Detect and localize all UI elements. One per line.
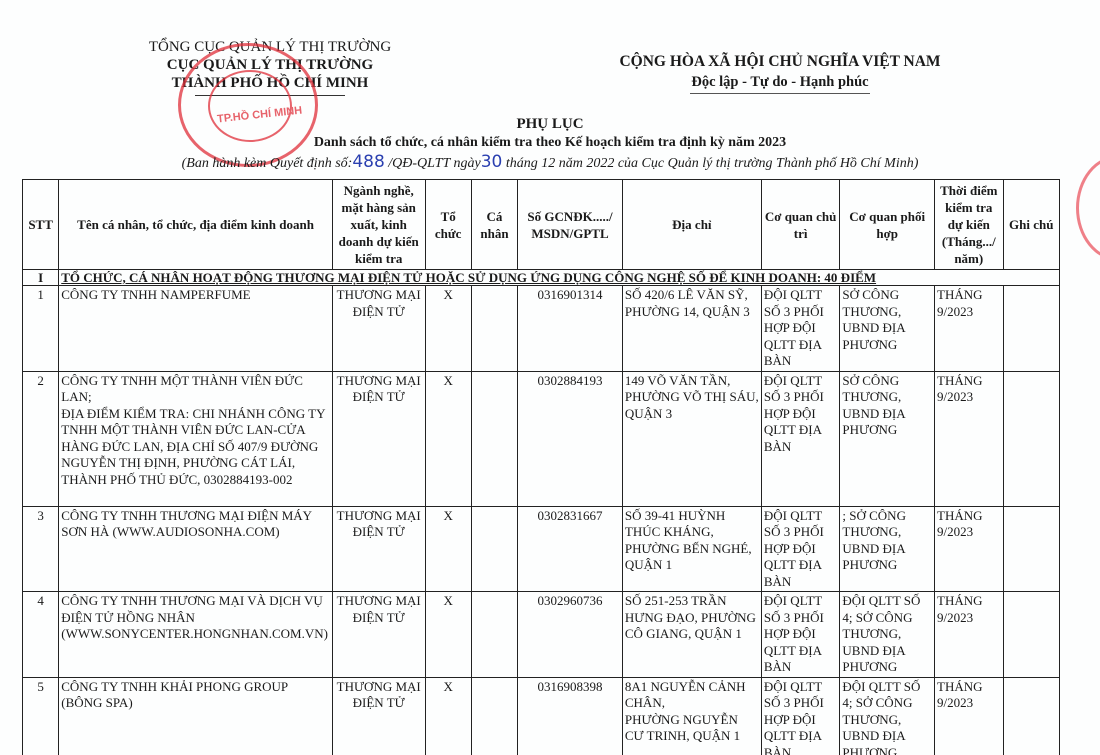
row-time: THÁNG 9/2023 [935, 286, 1003, 372]
row-address: 149 VÕ VĂN TẦN, PHƯỜNG VÕ THỊ SÁU, QUẬN … [622, 371, 761, 506]
section-title: TỔ CHỨC, CÁ NHÂN HOẠT ĐỘNG THƯƠNG MẠI ĐI… [59, 270, 1060, 286]
col-time: Thời điểm kiểm tra dự kiến (Tháng.../ nă… [935, 180, 1003, 270]
row-name: CÔNG TY TNHH THƯƠNG MẠI VÀ DỊCH VỤ ĐIỆN … [59, 592, 333, 678]
row-sector: THƯƠNG MẠI ĐIỆN TỬ [332, 592, 425, 678]
table-row: 3 CÔNG TY TNHH THƯƠNG MẠI ĐIỆN MÁY SƠN H… [23, 506, 1060, 592]
row-lead: ĐỘI QLTT SỐ 3 PHỐI HỢP ĐỘI QLTT ĐỊA BÀN [761, 506, 840, 592]
row-name: CÔNG TY TNHH NAMPERFUME [59, 286, 333, 372]
agency-underline [195, 95, 345, 96]
row-individual [471, 592, 517, 678]
row-stt: 2 [23, 371, 59, 506]
row-org: X [425, 286, 471, 372]
row-coop: ĐỘI QLTT SỐ 4; SỞ CÔNG THƯƠNG, UBND ĐỊA … [840, 677, 935, 755]
issuing-agency: TỔNG CỤC QUẢN LÝ THỊ TRƯỜNG CỤC QUẢN LÝ … [120, 38, 420, 96]
col-name: Tên cá nhân, tổ chức, địa điểm kinh doan… [59, 180, 333, 270]
row-sector: THƯƠNG MẠI ĐIỆN TỬ [332, 286, 425, 372]
decree-number: 488 [352, 152, 384, 172]
row-note [1003, 677, 1059, 755]
country-name: CỘNG HÒA XÃ HỘI CHỦ NGHĨA VIỆT NAM [600, 52, 960, 72]
row-note [1003, 592, 1059, 678]
section-number: I [23, 270, 59, 286]
row-stt: 5 [23, 677, 59, 755]
row-coop: ĐỘI QLTT SỐ 4; SỞ CÔNG THƯƠNG, UBND ĐỊA … [840, 592, 935, 678]
col-individual: Cá nhân [471, 180, 517, 270]
row-reg-no: 0316901314 [518, 286, 623, 372]
col-reg-no: Số GCNĐK...../ MSDN/GPTL [518, 180, 623, 270]
row-individual [471, 286, 517, 372]
row-individual [471, 506, 517, 592]
table-header-row: STT Tên cá nhân, tổ chức, địa điểm kinh … [23, 180, 1060, 270]
col-lead: Cơ quan chủ trì [761, 180, 840, 270]
row-coop: SỞ CÔNG THƯƠNG, UBND ĐỊA PHƯƠNG [840, 371, 935, 506]
decree-suffix: tháng 12 năm 2022 của Cục Quản lý thị tr… [502, 156, 918, 171]
appendix-heading: PHỤ LỤC [0, 116, 1100, 133]
row-name: CÔNG TY TNHH THƯƠNG MẠI ĐIỆN MÁY SƠN HÀ … [59, 506, 333, 592]
inspection-table: STT Tên cá nhân, tổ chức, địa điểm kinh … [22, 179, 1060, 755]
row-time: THÁNG 9/2023 [935, 677, 1003, 755]
row-sector: THƯƠNG MẠI ĐIỆN TỬ [332, 371, 425, 506]
row-lead: ĐỘI QLTT SỐ 3 PHỐI HỢP ĐỘI QLTT ĐỊA BÀN [761, 371, 840, 506]
row-stt: 3 [23, 506, 59, 592]
row-org: X [425, 677, 471, 755]
row-reg-no: 0302831667 [518, 506, 623, 592]
row-time: THÁNG 9/2023 [935, 371, 1003, 506]
row-org: X [425, 371, 471, 506]
motto-underline [690, 93, 870, 94]
row-reg-no: 0316908398 [518, 677, 623, 755]
agency-city: THÀNH PHỐ HỒ CHÍ MINH [120, 74, 420, 92]
row-stt: 1 [23, 286, 59, 372]
row-address: SỐ 420/6 LÊ VĂN SỸ, PHƯỜNG 14, QUẬN 3 [622, 286, 761, 372]
row-lead: ĐỘI QLTT SỐ 3 PHỐI HỢP ĐỘI QLTT ĐỊA BÀN [761, 286, 840, 372]
col-sector: Ngành nghề, mặt hàng sản xuất, kinh doan… [332, 180, 425, 270]
agency-parent: TỔNG CỤC QUẢN LÝ THỊ TRƯỜNG [120, 38, 420, 56]
col-note: Ghi chú [1003, 180, 1059, 270]
row-coop: SỞ CÔNG THƯƠNG, UBND ĐỊA PHƯƠNG [840, 286, 935, 372]
row-sector: THƯƠNG MẠI ĐIỆN TỬ [332, 506, 425, 592]
row-address: SỐ 39-41 HUỲNH THÚC KHÁNG, PHƯỜNG BẾN NG… [622, 506, 761, 592]
row-reg-no: 0302884193 [518, 371, 623, 506]
row-lead: ĐỘI QLTT SỐ 3 PHỐI HỢP ĐỘI QLTT ĐỊA BÀN [761, 677, 840, 755]
section-row: I TỔ CHỨC, CÁ NHÂN HOẠT ĐỘNG THƯƠNG MẠI … [23, 270, 1060, 286]
agency-name: CỤC QUẢN LÝ THỊ TRƯỜNG [120, 56, 420, 74]
decree-day: 30 [481, 152, 503, 172]
row-time: THÁNG 9/2023 [935, 506, 1003, 592]
table-row: 4 CÔNG TY TNHH THƯƠNG MẠI VÀ DỊCH VỤ ĐIỆ… [23, 592, 1060, 678]
col-stt: STT [23, 180, 59, 270]
col-coop: Cơ quan phối hợp [840, 180, 935, 270]
row-coop: ; SỞ CÔNG THƯƠNG, UBND ĐỊA PHƯƠNG [840, 506, 935, 592]
table-row: 5 CÔNG TY TNHH KHẢI PHONG GROUP (BÔNG SP… [23, 677, 1060, 755]
row-note [1003, 286, 1059, 372]
row-individual [471, 371, 517, 506]
national-motto: CỘNG HÒA XÃ HỘI CHỦ NGHĨA VIỆT NAM Độc l… [600, 52, 960, 94]
col-address: Địa chỉ [622, 180, 761, 270]
row-reg-no: 0302960736 [518, 592, 623, 678]
row-note [1003, 371, 1059, 506]
decree-mid: /QĐ-QLTT ngày [385, 156, 481, 171]
row-org: X [425, 506, 471, 592]
decree-prefix: (Ban hành kèm Quyết định số: [182, 156, 353, 171]
row-address: 8A1 NGUYỄN CẢNH CHÂN, PHƯỜNG NGUYỄN CƯ T… [622, 677, 761, 755]
row-stt: 4 [23, 592, 59, 678]
table-row: 2 CÔNG TY TNHH MỘT THÀNH VIÊN ĐỨC LAN; Đ… [23, 371, 1060, 506]
col-org: Tổ chức [425, 180, 471, 270]
row-time: THÁNG 9/2023 [935, 592, 1003, 678]
appendix-subtitle: Danh sách tổ chức, cá nhân kiểm tra theo… [0, 135, 1100, 151]
row-address: SỐ 251-253 TRẦN HƯNG ĐẠO, PHƯỜNG CÔ GIAN… [622, 592, 761, 678]
motto: Độc lập - Tự do - Hạnh phúc [600, 72, 960, 92]
row-name: CÔNG TY TNHH MỘT THÀNH VIÊN ĐỨC LAN; ĐỊA… [59, 371, 333, 506]
row-name: CÔNG TY TNHH KHẢI PHONG GROUP (BÔNG SPA) [59, 677, 333, 755]
decree-reference: (Ban hành kèm Quyết định số:488 /QĐ-QLTT… [0, 152, 1100, 172]
row-sector: THƯƠNG MẠI ĐIỆN TỬ [332, 677, 425, 755]
row-individual [471, 677, 517, 755]
row-org: X [425, 592, 471, 678]
row-note [1003, 506, 1059, 592]
row-lead: ĐỘI QLTT SỐ 3 PHỐI HỢP ĐỘI QLTT ĐỊA BÀN [761, 592, 840, 678]
table-row: 1 CÔNG TY TNHH NAMPERFUME THƯƠNG MẠI ĐIỆ… [23, 286, 1060, 372]
